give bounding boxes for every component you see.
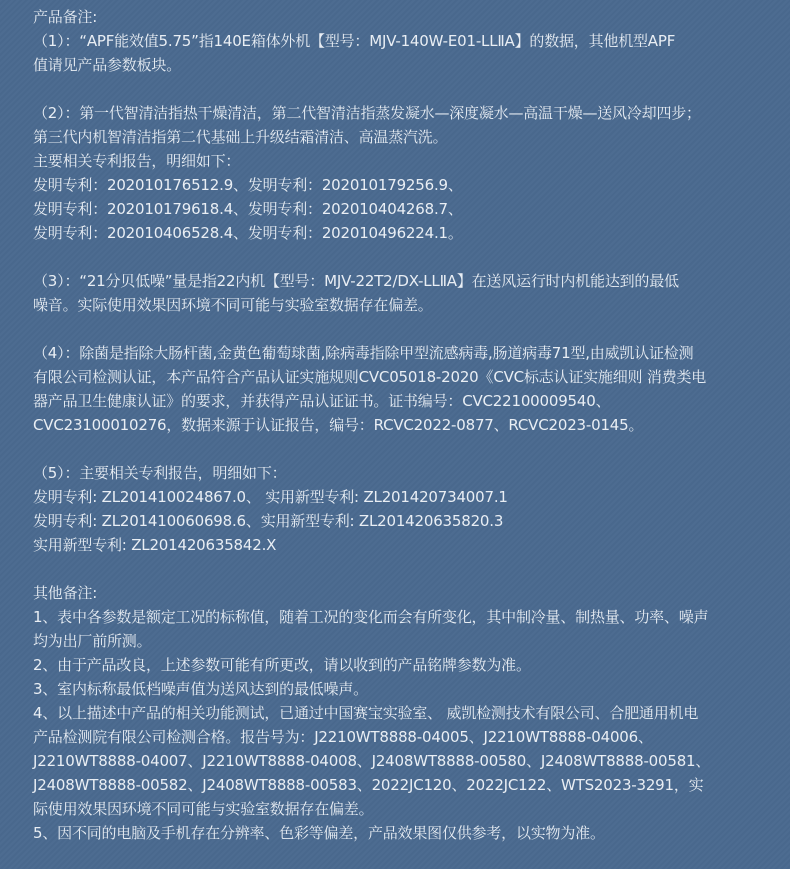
note-line: （4）：除菌是指除大肠杆菌,金黄色葡萄球菌,除病毒指除甲型流感病毒,肠道病毒71… — [33, 341, 763, 365]
product-note-4: （4）：除菌是指除大肠杆菌,金黄色葡萄球菌,除病毒指除甲型流感病毒,肠道病毒71… — [33, 341, 763, 437]
product-note-3: （3）：“21分贝低噪”量是指22内机【型号：MJV-22T2/DX-LLⅡA】… — [33, 269, 763, 317]
patent-line: 发明专利：202010176512.9、发明专利：202010179256.9、 — [33, 173, 763, 197]
spacer — [33, 437, 763, 461]
other-notes-section: 其他备注: 1、表中各参数是额定工况的标称值，随着工况的变化而会有所变化，其中制… — [33, 581, 763, 845]
patent-list-heading: 主要相关专利报告，明细如下： — [33, 149, 763, 173]
spacer — [33, 557, 763, 581]
other-note-line: 均为出厂前所测。 — [33, 629, 763, 653]
patent-line: 发明专利: ZL201410060698.6、实用新型专利: ZL2014206… — [33, 509, 763, 533]
note-line: 值请见产品参数板块。 — [33, 53, 763, 77]
note-line: 器产品卫生健康认证》的要求，并获得产品认证证书。证书编号：CVC22100009… — [33, 389, 763, 413]
product-notes-heading: 产品备注: — [33, 5, 763, 29]
other-note-line: 产品检测院有限公司检测合格。报告号为：J2210WT8888-04005、J22… — [33, 725, 763, 749]
notes-document: 产品备注: （1）：“APF能效值5.75”指140E箱体外机【型号：MJV-1… — [0, 0, 763, 845]
note-line: 有限公司检测认证，本产品符合产品认证实施规则CVC05018-2020《CVC标… — [33, 365, 763, 389]
spacer — [33, 77, 763, 101]
note-line: （1）：“APF能效值5.75”指140E箱体外机【型号：MJV-140W-E0… — [33, 29, 763, 53]
other-note-line: 4、以上描述中产品的相关功能测试，已通过中国赛宝实验室、 威凯检测技术有限公司、… — [33, 701, 763, 725]
other-notes-heading: 其他备注: — [33, 581, 763, 605]
patent-line: 发明专利：202010406528.4、发明专利：202010496224.1。 — [33, 221, 763, 245]
other-note-line: 1、表中各参数是额定工况的标称值，随着工况的变化而会有所变化，其中制冷量、制热量… — [33, 605, 763, 629]
patent-line: 发明专利: ZL201410024867.0、 实用新型专利: ZL201420… — [33, 485, 763, 509]
patent-line: 实用新型专利: ZL201420635842.X — [33, 533, 763, 557]
note-line: CVC23100010276，数据来源于认证报告，编号：RCVC2022-087… — [33, 413, 763, 437]
product-notes-section: 产品备注: （1）：“APF能效值5.75”指140E箱体外机【型号：MJV-1… — [33, 5, 763, 557]
product-note-2: （2）：第一代智清洁指热干燥清洁，第二代智清洁指蒸发凝水—深度凝水—高温干燥—送… — [33, 101, 763, 245]
other-note-line: 际使用效果因环境不同可能与实验室数据存在偏差。 — [33, 797, 763, 821]
note-line: （2）：第一代智清洁指热干燥清洁，第二代智清洁指蒸发凝水—深度凝水—高温干燥—送… — [33, 101, 763, 125]
note-line: 噪音。实际使用效果因环境不同可能与实验室数据存在偏差。 — [33, 293, 763, 317]
patent-line: 发明专利：202010179618.4、发明专利：202010404268.7、 — [33, 197, 763, 221]
other-note-line: 5、因不同的电脑及手机存在分辨率、色彩等偏差，产品效果图仅供参考，以实物为准。 — [33, 821, 763, 845]
note-line: 第三代内机智清洁指第二代基础上升级结霜清洁、高温蒸汽洗。 — [33, 125, 763, 149]
product-note-1: （1）：“APF能效值5.75”指140E箱体外机【型号：MJV-140W-E0… — [33, 29, 763, 77]
spacer — [33, 317, 763, 341]
product-note-5: （5）：主要相关专利报告，明细如下： 发明专利: ZL201410024867.… — [33, 461, 763, 557]
other-note-line: 2、由于产品改良，上述参数可能有所更改，请以收到的产品铭牌参数为准。 — [33, 653, 763, 677]
other-note-line: 3、室内标称最低档噪声值为送风达到的最低噪声。 — [33, 677, 763, 701]
note-line: （3）：“21分贝低噪”量是指22内机【型号：MJV-22T2/DX-LLⅡA】… — [33, 269, 763, 293]
note-line: （5）：主要相关专利报告，明细如下： — [33, 461, 763, 485]
other-note-line: J2210WT8888-04007、J2210WT8888-04008、J240… — [33, 749, 763, 773]
spacer — [33, 245, 763, 269]
other-note-line: J2408WT8888-00582、J2408WT8888-00583、2022… — [33, 773, 763, 797]
